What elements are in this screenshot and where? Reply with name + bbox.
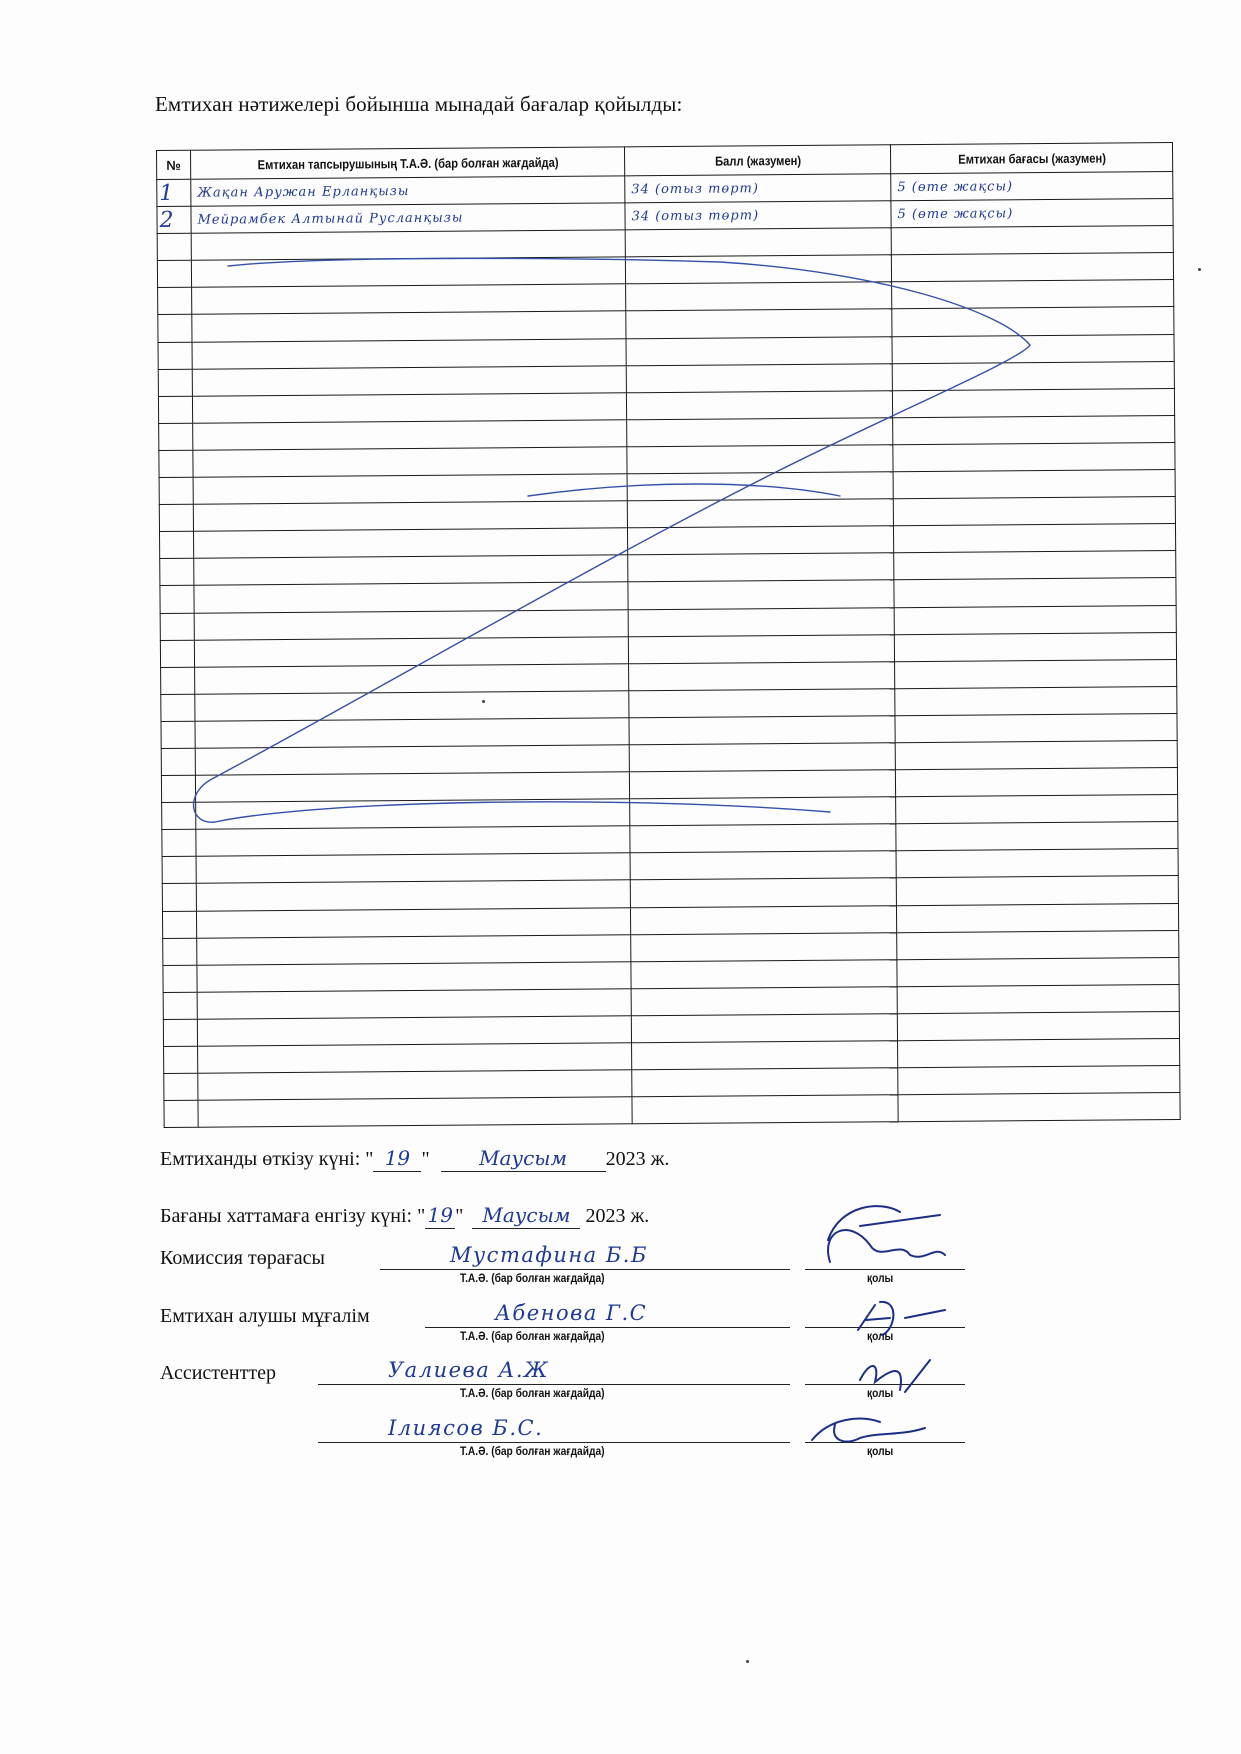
empty-cell [630, 824, 896, 853]
empty-cell [192, 284, 626, 315]
empty-cell [897, 930, 1179, 959]
empty-cell [197, 934, 631, 965]
empty-cell [191, 230, 625, 261]
empty-cell [162, 911, 196, 938]
empty-cell [196, 880, 630, 911]
empty-cell [893, 415, 1175, 444]
empty-cell [894, 551, 1176, 580]
empty-cell [192, 365, 626, 396]
empty-cell [627, 418, 893, 447]
empty-cell [195, 718, 629, 749]
empty-cell [163, 1019, 197, 1046]
empty-cell [630, 878, 896, 907]
student-name: Мейрамбек Алтынай Русланқызы [191, 203, 625, 234]
signature-caption: қолы [867, 1329, 893, 1343]
empty-cell [632, 1068, 898, 1097]
empty-cell [895, 768, 1177, 797]
empty-cell [157, 261, 191, 288]
signer-name: Уалиева А.Ж [388, 1358, 549, 1382]
exam-date-line: Емтиханды өткізу күні: "19" Маусым2023 ж… [160, 1146, 669, 1172]
empty-cell [629, 716, 895, 745]
empty-cell [198, 1070, 632, 1101]
signer-name: Мустафина Б.Б [450, 1243, 648, 1267]
empty-cell [626, 390, 892, 419]
empty-cell [197, 962, 631, 993]
empty-cell [196, 853, 630, 884]
empty-cell [895, 713, 1177, 742]
record-date-month: Маусым [482, 1203, 570, 1227]
empty-cell [161, 667, 195, 694]
empty-cell [628, 634, 894, 663]
record-date-day: 19 [428, 1203, 453, 1227]
empty-cell [896, 849, 1178, 878]
empty-cell [627, 472, 893, 501]
empty-cell [196, 799, 630, 830]
empty-cell [632, 1041, 898, 1070]
empty-cell [159, 450, 193, 477]
empty-cell [894, 578, 1176, 607]
empty-cell [160, 586, 194, 613]
record-date-year: 2023 ж. [585, 1205, 649, 1227]
empty-cell [630, 797, 896, 826]
empty-cell [897, 1011, 1179, 1040]
signature-caption: қолы [867, 1444, 893, 1458]
empty-cell [893, 497, 1175, 526]
empty-cell [896, 822, 1178, 851]
empty-cell [159, 531, 193, 558]
score-text: 34 (отыз төрт) [625, 201, 891, 230]
grade-text: 5 (өте жақсы) [891, 199, 1173, 228]
empty-cell [631, 932, 897, 961]
empty-cell [891, 226, 1173, 255]
empty-cell [192, 338, 626, 369]
empty-cell [191, 257, 625, 288]
empty-cell [631, 987, 897, 1016]
empty-cell [895, 740, 1177, 769]
empty-cell [198, 1043, 632, 1074]
empty-cell [159, 423, 193, 450]
grade-text: 5 (өте жақсы) [891, 172, 1173, 201]
empty-cell [892, 361, 1174, 390]
empty-cell [158, 396, 192, 423]
exam-results-page: Емтихан нәтижелері бойынша мынадай бағал… [0, 0, 1241, 1754]
empty-cell [198, 1097, 632, 1128]
empty-cell [158, 315, 192, 342]
empty-cell [192, 393, 626, 424]
empty-cell [162, 829, 196, 856]
record-date-day-field: 19 [425, 1203, 455, 1229]
exam-date-label: Емтиханды өткізу күні: " [160, 1148, 373, 1170]
empty-cell [193, 501, 627, 532]
row-number: 2 [157, 206, 191, 233]
column-header-name: Емтихан тапсырушының Т.А.Ә. (бар болған … [221, 147, 594, 179]
empty-cell [896, 795, 1178, 824]
empty-cell [194, 582, 628, 613]
empty-cell [631, 1014, 897, 1043]
empty-cell [896, 876, 1178, 905]
scan-speck [482, 700, 485, 703]
exam-date-day-field: 19 [373, 1146, 421, 1172]
signature-caption: қолы [867, 1386, 893, 1400]
empty-cell [629, 661, 895, 690]
empty-cell [898, 1038, 1180, 1067]
empty-cell [625, 255, 891, 284]
empty-cell [162, 802, 196, 829]
empty-cell [193, 447, 627, 478]
signature-role: Емтихан алушы мұғалім [160, 1305, 370, 1328]
empty-cell [162, 884, 196, 911]
empty-cell [158, 288, 192, 315]
empty-cell [627, 526, 893, 555]
empty-cell [894, 632, 1176, 661]
quote-mark: " [421, 1148, 429, 1170]
signature-role: Комиссия төрағасы [160, 1247, 325, 1270]
empty-cell [195, 691, 629, 722]
empty-cell [892, 280, 1174, 309]
signature-caption: қолы [867, 1271, 893, 1285]
exam-date-month: Маусым [479, 1146, 567, 1170]
empty-cell [158, 342, 192, 369]
empty-cell [897, 957, 1179, 986]
empty-cell [160, 640, 194, 667]
empty-cell [197, 1016, 631, 1047]
empty-cell [195, 745, 629, 776]
column-header-grade: Емтихан бағасы (жазумен) [910, 143, 1153, 174]
empty-cell [161, 775, 195, 802]
empty-cell [894, 605, 1176, 634]
empty-cell [628, 580, 894, 609]
exam-date-month-field: Маусым [441, 1146, 606, 1172]
empty-cell [193, 528, 627, 559]
page-heading: Емтихан нәтижелері бойынша мынадай бағал… [155, 92, 682, 117]
empty-cell [632, 1095, 898, 1124]
empty-cell [898, 1066, 1180, 1095]
signature-role: Ассистенттер [160, 1362, 276, 1385]
empty-cell [162, 857, 196, 884]
empty-cell [158, 369, 192, 396]
exam-date-day: 19 [385, 1146, 410, 1170]
signature-field [805, 1297, 965, 1328]
empty-cell [626, 336, 892, 365]
signature-field [805, 1354, 965, 1385]
empty-cell [631, 959, 897, 988]
name-field: Абенова Г.С [425, 1297, 790, 1328]
empty-cell [896, 903, 1178, 932]
column-header-number: № [157, 150, 191, 179]
row-number: 1 [157, 179, 191, 206]
signature-field [805, 1239, 965, 1270]
exam-date-year: 2023 ж. [606, 1148, 670, 1170]
name-caption: Т.А.Ә. (бар болған жағдайда) [460, 1271, 605, 1285]
empty-cell [891, 253, 1173, 282]
empty-cell [194, 636, 628, 667]
empty-cell [161, 721, 195, 748]
empty-cell [164, 1100, 198, 1127]
empty-cell [895, 686, 1177, 715]
results-table: № Емтихан тапсырушының Т.А.Ә. (бар болға… [156, 142, 1181, 1128]
record-date-line: Бағаны хаттамаға енгізу күні: "19" Маусы… [160, 1203, 649, 1229]
empty-cell [629, 770, 895, 799]
signer-name: Абенова Г.С [495, 1301, 647, 1325]
scan-speck [1198, 268, 1201, 271]
scan-speck [746, 1660, 749, 1663]
signature-field [805, 1412, 965, 1443]
empty-cell [195, 772, 629, 803]
empty-cell [630, 905, 896, 934]
quote-mark: " [455, 1205, 463, 1227]
empty-cell [629, 688, 895, 717]
empty-cell [892, 388, 1174, 417]
empty-cell [160, 613, 194, 640]
empty-cell [160, 559, 194, 586]
empty-cell [197, 989, 631, 1020]
empty-cell [892, 307, 1174, 336]
empty-cell [194, 555, 628, 586]
empty-cell [194, 609, 628, 640]
empty-cell [897, 984, 1179, 1013]
name-caption: Т.А.Ә. (бар болған жағдайда) [460, 1444, 605, 1458]
empty-cell [893, 524, 1175, 553]
empty-cell [628, 607, 894, 636]
empty-cell [163, 965, 197, 992]
empty-cell [893, 442, 1175, 471]
empty-cell [895, 659, 1177, 688]
empty-cell [195, 663, 629, 694]
empty-cell [164, 1073, 198, 1100]
record-date-month-field: Маусым [472, 1203, 580, 1229]
name-field: Мустафина Б.Б [380, 1239, 790, 1270]
empty-cell [161, 748, 195, 775]
empty-cell [159, 504, 193, 531]
empty-cell [157, 233, 191, 260]
empty-cell [892, 334, 1174, 363]
empty-cell [625, 228, 891, 257]
empty-cell [627, 499, 893, 528]
empty-cell [626, 309, 892, 338]
record-date-label: Бағаны хаттамаға енгізу күні: " [160, 1205, 425, 1227]
empty-cell [626, 363, 892, 392]
name-field: Уалиева А.Ж [318, 1354, 790, 1385]
empty-cell [159, 477, 193, 504]
name-caption: Т.А.Ә. (бар болған жағдайда) [460, 1329, 605, 1343]
empty-cell [163, 938, 197, 965]
empty-cell [898, 1093, 1180, 1122]
empty-cell [629, 743, 895, 772]
name-field: Ілиясов Б.С. [318, 1412, 790, 1443]
empty-cell [193, 474, 627, 505]
empty-cell [192, 311, 626, 342]
empty-cell [893, 470, 1175, 499]
name-caption: Т.А.Ә. (бар болған жағдайда) [460, 1386, 605, 1400]
empty-cell [630, 851, 896, 880]
signer-name: Ілиясов Б.С. [388, 1416, 543, 1440]
empty-cell [161, 694, 195, 721]
empty-cell [163, 992, 197, 1019]
empty-cell [627, 445, 893, 474]
empty-cell [626, 282, 892, 311]
score-text: 34 (отыз төрт) [625, 174, 891, 203]
empty-cell [164, 1046, 198, 1073]
empty-cell [193, 420, 627, 451]
empty-cell [628, 553, 894, 582]
column-header-score: Балл (жазумен) [643, 145, 872, 176]
student-name: Жақан Аружан Ерланқызы [191, 176, 625, 207]
empty-cell [196, 907, 630, 938]
empty-cell [196, 826, 630, 857]
